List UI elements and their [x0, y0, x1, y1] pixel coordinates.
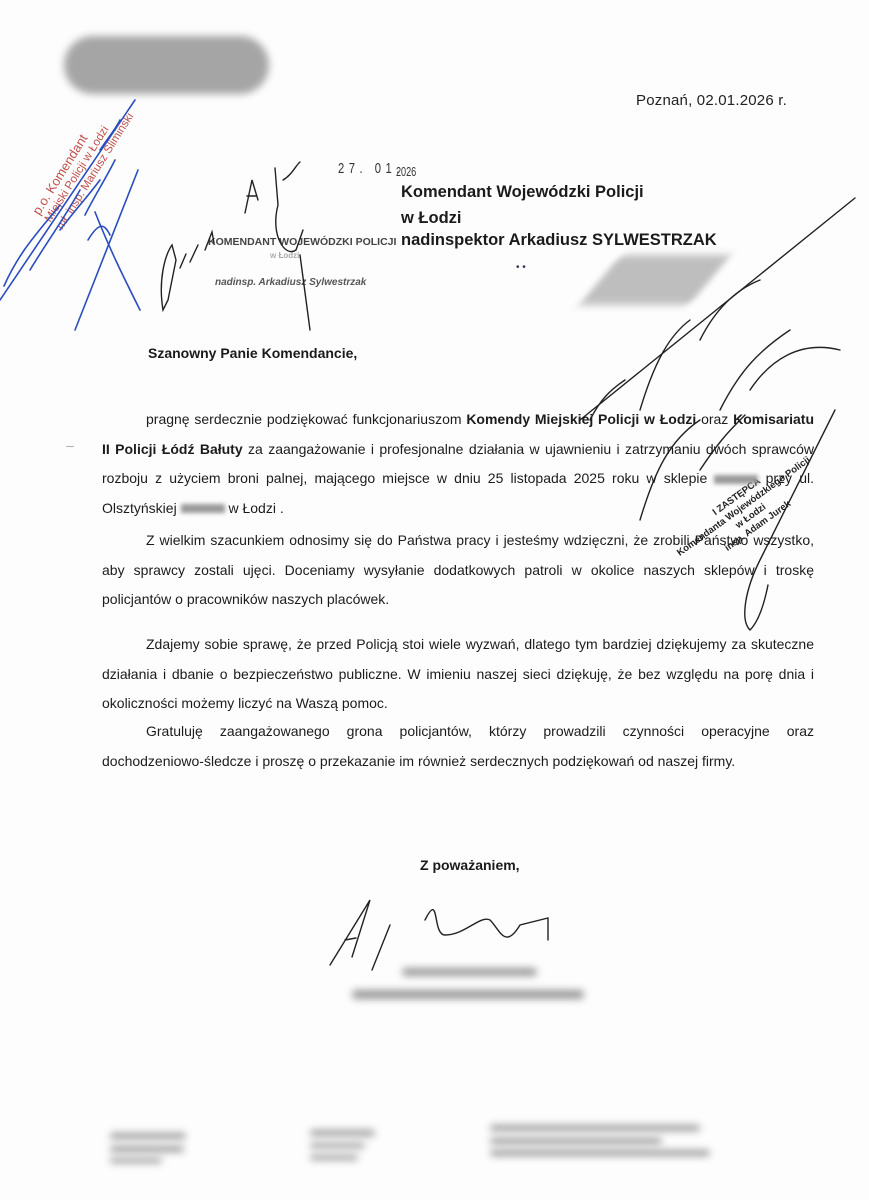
footer-col-1-redaction — [110, 1133, 186, 1139]
margin-mark: ⁓ — [66, 442, 74, 451]
signatory-title-redaction — [352, 990, 584, 999]
dots-mark: • • — [516, 262, 526, 273]
addressee-line-3: nadinspektor Arkadiusz SYLWESTRZAK — [401, 231, 717, 250]
footer-col-2-redaction — [310, 1130, 375, 1136]
footer-col-3-redaction — [490, 1125, 700, 1131]
received-year-stamp: 2026 — [396, 164, 416, 179]
commander-stamp-line-1: KOMENDANT WOJEWÓDZKI POLICJI — [208, 236, 396, 248]
addressee-line-1: Komendant Wojewódzki Policji — [401, 183, 644, 202]
paragraph-2: Z wielkim szacunkiem odnosimy się do Pań… — [102, 526, 814, 615]
right-header-redaction — [579, 255, 731, 305]
address-number-redaction — [181, 504, 225, 513]
sender-signature-icon — [330, 900, 548, 970]
paragraph-3-text: Zdajemy sobie sprawę, że przed Policją s… — [102, 636, 814, 711]
paragraph-1: pragnę serdecznie podziękować funkcjonar… — [102, 405, 814, 523]
city-commander-stamp-line-2: Miejski Policji w Łodzi — [42, 103, 125, 225]
received-date-stamp: 27. 01. — [338, 160, 404, 177]
paragraph-3: Zdajemy sobie sprawę, że przed Policją s… — [102, 630, 814, 719]
p1-part-8: w Łodzi . — [225, 500, 284, 516]
footer-col-3-redaction-2 — [490, 1138, 662, 1144]
footer-col-2-redaction-3 — [310, 1155, 358, 1160]
paragraph-4-text: Gratuluję zaangażowanego grona policjant… — [102, 723, 814, 769]
commander-stamp-line-2: w Łodzi — [270, 251, 299, 260]
city-commander-stamp: p.o. Komendant Miejski Policji w Łodzi m… — [30, 96, 137, 233]
p1-part-0: pragnę serdecznie podziękować funkcjonar… — [146, 411, 466, 427]
paragraph-4: Gratuluję zaangażowanego grona policjant… — [102, 717, 814, 776]
closing: Z poważaniem, — [420, 857, 520, 873]
location-redaction — [714, 475, 758, 484]
signatory-name-redaction — [402, 968, 537, 976]
addressee-line-2: w Łodzi — [401, 209, 462, 228]
footer-col-2-redaction-2 — [310, 1143, 365, 1148]
paragraph-2-text: Z wielkim szacunkiem odnosimy się do Pań… — [102, 532, 814, 607]
footer-col-3-redaction-3 — [490, 1150, 710, 1156]
p1-part-1: Komendy Miejskiej Policji w Łodzi — [466, 411, 696, 427]
footer-col-1-redaction-2 — [110, 1146, 184, 1152]
sender-header-redaction — [64, 36, 269, 94]
salutation: Szanowny Panie Komendancie, — [148, 345, 357, 361]
footer-col-1-redaction-3 — [110, 1158, 162, 1163]
commander-stamp-line-3: nadinsp. Arkadiusz Sylwestrzak — [215, 277, 366, 288]
place-date: Poznań, 02.01.2026 r. — [636, 92, 787, 109]
p1-part-2: oraz — [696, 411, 733, 427]
